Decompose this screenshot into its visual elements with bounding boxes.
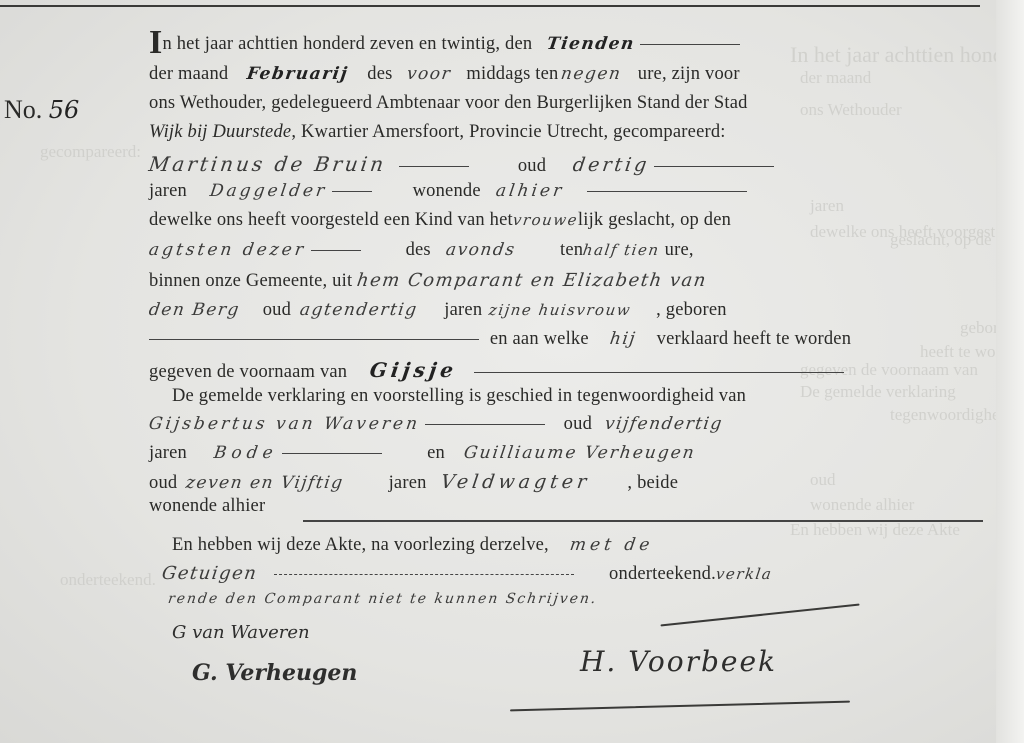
record-number-label: No. bbox=[4, 95, 42, 124]
text-line-12: gegeven de voornaam van Gijsje bbox=[149, 358, 844, 383]
printed-text: en aan welke bbox=[490, 329, 589, 349]
signature-flourish bbox=[510, 701, 850, 712]
fill-line bbox=[474, 372, 844, 373]
printed-text: En hebben wij deze Akte, na voorlezing d… bbox=[172, 535, 549, 555]
text-line-11: en aan welke hij verklaard heeft te word… bbox=[149, 329, 851, 350]
printed-text: jaren bbox=[444, 300, 482, 320]
text-line-9: binnen onze Gemeente, uit hem Comparant … bbox=[149, 270, 707, 292]
handwritten-mother-age: agtendertig bbox=[298, 300, 418, 320]
printed-text: , beide bbox=[627, 473, 678, 493]
record-number: No. 56 bbox=[4, 95, 79, 125]
text-line-16: oud zeven en Vijftig jaren Veldwagter , … bbox=[149, 471, 678, 494]
bleedthrough-text: der maand bbox=[800, 68, 871, 88]
signature-flourish bbox=[660, 604, 859, 626]
fill-line bbox=[425, 424, 545, 425]
signature-witness-1: G van Waveren bbox=[172, 622, 310, 643]
handwritten-father-name: Martinus de Bruin bbox=[147, 152, 388, 176]
handwritten-text: rende den Comparant niet te kunnen Schri… bbox=[167, 591, 599, 607]
text-line-13: De gemelde verklaring en voorstelling is… bbox=[172, 386, 746, 407]
printed-text: oud bbox=[149, 473, 177, 493]
printed-text: , geboren bbox=[656, 300, 727, 320]
text-line-4: Wijk bij Duurstede, Kwartier Amersfoort,… bbox=[149, 122, 726, 143]
fill-line bbox=[311, 250, 361, 251]
document-page: In het jaar achttien honderd der maand o… bbox=[0, 0, 1024, 743]
printed-text: , Kwartier Amersfoort, Provincie Utrecht… bbox=[291, 122, 725, 142]
bleedthrough-text: gecompareerd: bbox=[40, 142, 141, 162]
printed-text: oud bbox=[518, 156, 546, 176]
printed-text: des bbox=[367, 64, 392, 84]
printed-text: verklaard heeft te worden bbox=[657, 329, 852, 349]
text-line-3: ons Wethouder, gedelegueerd Ambtenaar vo… bbox=[149, 93, 748, 114]
text-line-2: der maand Februarij des voor middags ten… bbox=[149, 64, 740, 85]
printed-text: middags ten bbox=[466, 64, 558, 84]
handwritten-father-age: dertig bbox=[572, 154, 651, 176]
fill-line bbox=[640, 44, 740, 45]
printed-text: lijk geslacht, op den bbox=[578, 210, 731, 230]
printed-text: De gemelde verklaring en voorstelling is… bbox=[172, 386, 746, 406]
fill-line bbox=[654, 166, 774, 167]
printed-text: wonende bbox=[413, 181, 481, 201]
handwritten-child-name: Gijsje bbox=[368, 358, 459, 382]
text-line-15: jaren Bode en Guilliaume Verheugen bbox=[149, 443, 696, 464]
printed-text: en bbox=[427, 443, 445, 463]
fill-line bbox=[332, 191, 372, 192]
bleedthrough-text: onderteekend. bbox=[60, 570, 156, 590]
fill-line bbox=[399, 166, 469, 167]
handwritten-relation: zijne huisvrouw bbox=[488, 301, 633, 319]
text-line-8: agtsten dezer des avonds tenhalf tien ur… bbox=[149, 240, 694, 261]
printed-text: jaren bbox=[149, 443, 187, 463]
handwritten-text: met de bbox=[568, 535, 654, 555]
printed-text: des bbox=[406, 240, 431, 260]
printed-text: gegeven de voornaam van bbox=[149, 362, 347, 382]
printed-text: dewelke ons heeft voorgesteld een Kind v… bbox=[149, 210, 513, 230]
printed-text: binnen onze Gemeente, uit bbox=[149, 271, 352, 291]
place-name: Wijk bij Duurstede bbox=[149, 122, 291, 142]
signature-witness-2: G. Verheugen bbox=[192, 660, 357, 686]
handwritten-parents: hem Comparant en Elizabeth van bbox=[356, 270, 709, 291]
printed-text: ure, bbox=[665, 240, 694, 260]
fill-line bbox=[282, 453, 382, 454]
handwritten-child-sex: vrouwe bbox=[512, 211, 580, 229]
bleedthrough-text: ons Wethouder bbox=[800, 100, 902, 120]
handwritten-occupation: Daggelder bbox=[208, 181, 328, 201]
handwritten-birth-hour: half tien bbox=[582, 241, 661, 259]
printed-text: oud bbox=[564, 414, 592, 434]
bleedthrough-text: oud bbox=[810, 470, 836, 490]
handwritten-birth-time: avonds bbox=[444, 240, 516, 260]
handwritten-month: Februarij bbox=[246, 64, 350, 84]
text-line-10: den Berg oud agtendertig jaren zijne hui… bbox=[149, 300, 727, 321]
printed-text: jaren bbox=[149, 181, 187, 201]
fill-line bbox=[587, 191, 747, 192]
handwritten-mother-surname: den Berg bbox=[148, 300, 242, 320]
text-line-5: Martinus de Bruin oud dertig bbox=[149, 152, 774, 177]
text-line-6: jaren Daggelder wonende alhier bbox=[149, 181, 747, 202]
fill-line bbox=[274, 574, 574, 575]
handwritten-text: verkla bbox=[715, 565, 774, 583]
text-line-17: wonende alhier bbox=[149, 496, 265, 517]
bleedthrough-text: In het jaar achttien honderd bbox=[790, 42, 1024, 68]
text-line-19: Getuigen onderteekend.verkla bbox=[162, 563, 772, 585]
handwritten-pronoun: hij bbox=[608, 329, 637, 349]
signature-official: H. Voorbeek bbox=[580, 645, 777, 678]
printed-text: oud bbox=[263, 300, 291, 320]
text-line-7: dewelke ons heeft voorgesteld een Kind v… bbox=[149, 210, 731, 231]
text-line-14: Gijsbertus van Waveren oud vijfendertig bbox=[149, 414, 723, 435]
bleedthrough-text: jaren bbox=[810, 196, 844, 216]
printed-text: wonende alhier bbox=[149, 496, 265, 516]
printed-text: ure, zijn voor bbox=[638, 64, 740, 84]
record-number-value: 56 bbox=[49, 96, 80, 124]
printed-text: n het jaar achttien honderd zeven en twi… bbox=[162, 34, 532, 54]
top-rule bbox=[0, 5, 980, 7]
fill-line bbox=[303, 520, 983, 522]
handwritten-part-of-day: voor bbox=[406, 64, 453, 84]
handwritten-birth-date: agtsten dezer bbox=[148, 240, 308, 260]
handwritten-witness-1-occupation: Bode bbox=[212, 443, 278, 463]
handwritten-witness-1: Gijsbertus van Waveren bbox=[148, 414, 422, 434]
handwritten-day: Tienden bbox=[546, 34, 637, 54]
bleedthrough-text: En hebben wij deze Akte bbox=[790, 520, 960, 540]
bleedthrough-text: wonende alhier bbox=[810, 495, 914, 515]
bleedthrough-text: geslacht, op de bbox=[890, 230, 992, 250]
handwritten-residence: alhier bbox=[494, 181, 565, 201]
drop-cap: I bbox=[149, 24, 162, 61]
handwritten-hour: negen bbox=[559, 64, 622, 84]
text-line-20: rende den Comparant niet te kunnen Schri… bbox=[168, 588, 597, 609]
handwritten-text: Getuigen bbox=[161, 563, 259, 584]
handwritten-witness-2-age: zeven en Vijftig bbox=[185, 473, 345, 493]
printed-text: der maand bbox=[149, 64, 228, 84]
printed-text: jaren bbox=[389, 473, 427, 493]
printed-text: ten bbox=[560, 240, 583, 260]
printed-text: onderteekend. bbox=[609, 564, 716, 584]
fill-line bbox=[149, 339, 479, 340]
handwritten-witness-2: Guilliaume Verheugen bbox=[462, 443, 697, 463]
handwritten-witness-1-age: vijfendertig bbox=[603, 414, 724, 434]
text-line-18: En hebben wij deze Akte, na voorlezing d… bbox=[172, 535, 653, 556]
handwritten-witness-2-occupation: Veldwagter bbox=[440, 471, 592, 493]
printed-text: ons Wethouder, gedelegueerd Ambtenaar vo… bbox=[149, 93, 748, 113]
page-edge bbox=[996, 0, 1024, 743]
text-line-1: In het jaar achttien honderd zeven en tw… bbox=[149, 34, 740, 55]
bleedthrough-text: De gemelde verklaring bbox=[800, 382, 956, 402]
